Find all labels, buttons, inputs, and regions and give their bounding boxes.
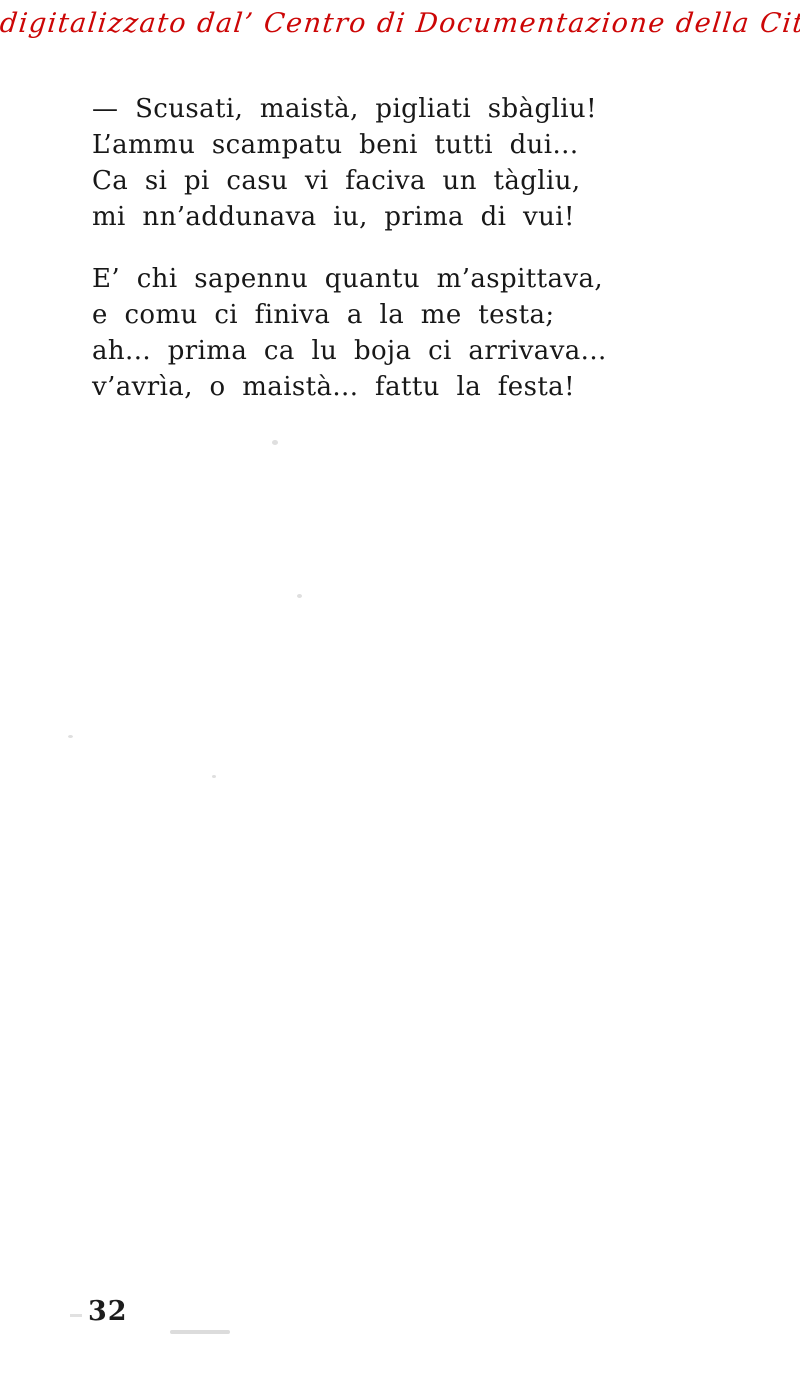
scan-artifact-speck: [297, 594, 302, 598]
poem-stanza-2: E’ chi sapennu quantu m’aspittava, e com…: [92, 261, 612, 405]
poem-line: v’avrìa, o maistà... fattu la festa!: [92, 369, 612, 405]
scan-artifact-smudge: [170, 1330, 230, 1334]
poem-line: ah... prima ca lu boja ci arrivava...: [92, 333, 612, 369]
scan-artifact-speck: [212, 775, 216, 778]
poem-line: mi nn’addunava iu, prima di vui!: [92, 199, 612, 235]
scan-artifact-speck: [272, 440, 278, 445]
poem-line: E’ chi sapennu quantu m’aspittava,: [92, 261, 612, 297]
poem-line: Ca si pi casu vi faciva un tàgliu,: [92, 163, 612, 199]
scanned-book-page: digitalizzato dal’ Centro di Documentazi…: [0, 0, 800, 1386]
scan-artifact-speck: [68, 735, 73, 738]
scan-artifact-smudge: [70, 1314, 82, 1317]
digitization-watermark: digitalizzato dal’ Centro di Documentazi…: [0, 8, 800, 39]
poem-stanza-1: — Scusati, maistà, pigliati sbàgliu! L’a…: [92, 91, 612, 235]
poem-line: e comu ci finiva a la me testa;: [92, 297, 612, 333]
poem-line: L’ammu scampatu beni tutti dui...: [92, 127, 612, 163]
page-number: 32: [88, 1296, 128, 1327]
poem-line: — Scusati, maistà, pigliati sbàgliu!: [92, 91, 612, 127]
poem-text-block: — Scusati, maistà, pigliati sbàgliu! L’a…: [92, 91, 612, 405]
